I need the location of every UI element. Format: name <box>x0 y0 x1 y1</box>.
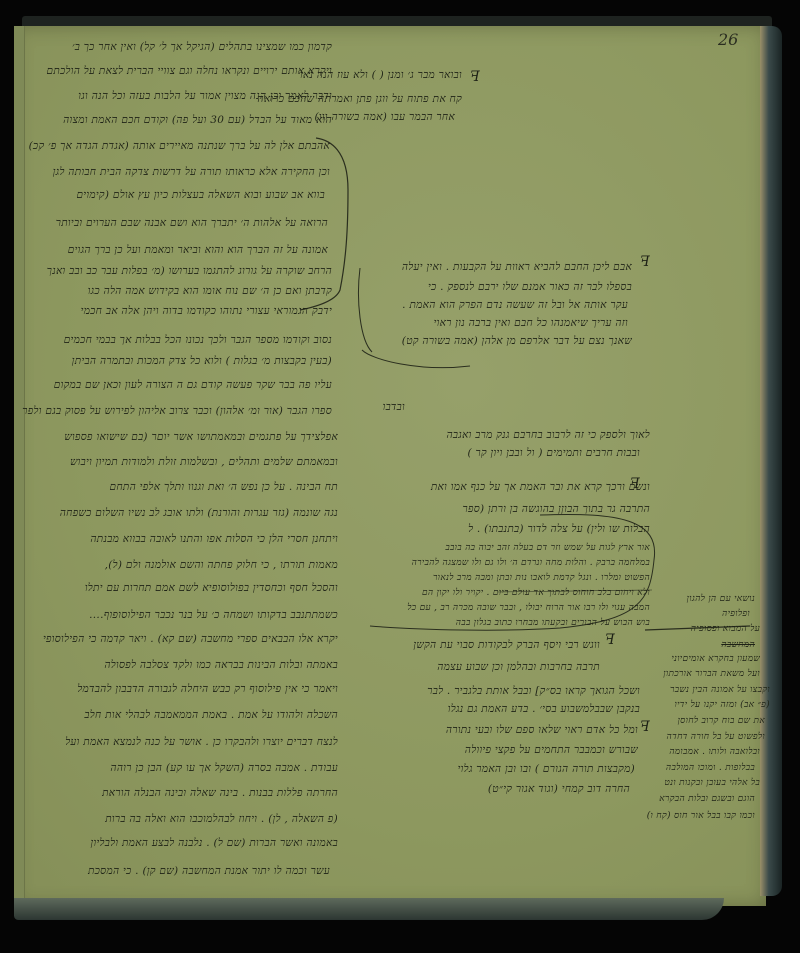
text-line: (מקבצות תורה הגורם ) ובו ובן האמר גלוי <box>458 764 635 775</box>
text-line: ועל משאת הברור אורכתון <box>663 670 760 679</box>
text-line: החרה דוב קמחי (וגוד אגור קי״ט) <box>488 784 630 795</box>
page-left-gutter <box>14 26 25 906</box>
text-line: עבודת . אמבה בסרה (השקל אך עו קע) הבן כן… <box>110 763 338 774</box>
text-line: ויתחנן חסרי הלן כי הסלות אפו והתנו לאובה… <box>90 534 338 545</box>
text-line: ובלואבה ולותו . אמבומה <box>669 748 760 757</box>
text-line: נסוב וקודמו מספר הגבר ולכך נכונו הכל בבל… <box>64 335 332 346</box>
text-line: וזה עריך שיאמנהו כל חבם ואין ברבה נון רא… <box>434 318 628 329</box>
text-line: הוגם ובשגם ובלות הבקרא <box>659 795 755 804</box>
insertion-marker: ꟻ <box>640 255 650 269</box>
text-line: בבלופות . ומוכו המולבה <box>666 764 755 773</box>
text-line: באמתה ובלות הבינות בבראה כמו ולקד צסלבה … <box>104 660 338 671</box>
text-line: ושכל הגואך קראו בס״ק] ובבל אותת בלגביר .… <box>427 686 640 697</box>
text-line: ויאמר כי אין פילוסוף רק כבש היחלה לגבורה… <box>77 684 338 695</box>
text-line: שמעון בחקרא אומיםיוני <box>671 655 760 664</box>
text-line: בנקבן שבבלמשבוע בסי׳ . בדע האמת גם נגלו <box>448 704 640 715</box>
text-line: ויקרא אותם ירויים ונקראו נחלה וגם צוויי … <box>47 66 332 77</box>
text-line: ובבות חרבים ותמימים ( ול ובבן ויון קר ) <box>468 448 641 459</box>
text-line: ווגש רבי ויסף הברק לבקודות סבוי עת הקשן <box>413 640 600 651</box>
text-line: אחר הבמר עבו (אמה בשורה ווו) <box>315 112 455 123</box>
text-line: ומל כל אדם ראוי שלאו ספם שלו ובעי נתורה <box>446 725 638 736</box>
text-line: (פ השאלה , לן) . ויחוז לבהלמוכבו הוא ואל… <box>105 814 338 825</box>
text-line: ונשם ורכך קרא את ובר האמת אך על כנף אמו … <box>431 482 650 493</box>
text-line: בל אלהי בעובן ובקנות ונט <box>664 779 760 788</box>
text-line: הוא מאוד על הבדל (עם 30 ועל פה) וקודם חכ… <box>63 115 332 126</box>
text-line: ובואר מבר ג׳ ומנן ( ) ולא עוז הנה נאו <box>300 70 462 81</box>
text-line: ופלופיה <box>722 610 750 619</box>
text-line: כשמתתנבב בדקותו ושמחה כ׳ על בנר נכבר הפי… <box>89 610 338 621</box>
insertion-marker: ꟻ <box>605 633 615 647</box>
text-line: אפלצידך על פתגמים ובמאמתושו אשר יוםר (בם… <box>64 432 338 443</box>
text-line: אמונה על זה הברך הוא והוא וביאר ומאמת וע… <box>68 245 328 256</box>
text-line: הפשוט ומלרו . ונגל קדמת לואבו נות ובתן ו… <box>433 574 650 583</box>
text-line: אהבתם אלן לה על ברך שנתנה מאיירים אותה (… <box>29 141 330 152</box>
text-line: תח הבינה . על כן נפש ה׳ ואת וגנוו ותלך א… <box>110 482 338 493</box>
text-line: על המבוא ופסופיה <box>691 625 760 634</box>
text-line: נגה שונמה (גזר עגרות והורנת) ולתו אובג ל… <box>60 508 338 519</box>
text-line: ולפשוט על בל חורה דחדה <box>667 733 765 742</box>
text-line: והסכל חסף וכחסדין בפולוסופיא לשם אמם תחר… <box>85 583 338 594</box>
text-line: אור ארץ לגות על שמש וזר דם בעלה זהב יבוה… <box>445 544 650 553</box>
text-line: המבה עגוי ולו רבו אור הרוח יבולו , ובבר … <box>407 604 650 613</box>
text-line: ולא ויחום בלב חוחוס לבתוך אד עולם ביום .… <box>422 589 650 598</box>
text-line: השכלה ולהודו על אמת . באמת הממאמבה לבהלי… <box>84 710 338 721</box>
text-line: באמונה ואשר הברות (שם ל) . נלבנה לבצע הא… <box>91 838 338 849</box>
text-line: במלחמה ברבק . והלות מחה ונרדם ה׳ ולו גם … <box>412 559 650 568</box>
text-line: עשר וכמה לו יתור אמנת המחשבה (שם קן) . כ… <box>88 866 330 877</box>
struck-heading: המחשבה <box>721 641 755 650</box>
text-line: בווא אב שבוע ובוא השאלה בעצלות כיון עץ א… <box>76 190 325 201</box>
text-line: התרבה גר בתוך הבוןן בהוגשה בן ורתן (ספר <box>462 504 650 515</box>
text-line: הרואה על אלהות ה׳ יתברך הוא ושם אבנה שבם… <box>56 218 328 229</box>
text-line: ספרו הגבר (אור ומ׳ אלהון) וכבר צרוב אליה… <box>22 406 332 417</box>
text-line: קדבתן ואם כן ה׳ שם נוח אומו הוא בקידוש א… <box>88 286 332 297</box>
text-line: שאנך נצם על דבר אלרפם מן אלהן (אמה בשורה… <box>402 336 632 347</box>
insertion-marker: ꟻ <box>640 720 650 734</box>
text-line: אבם ליכן החבם להביא ראוות על הקבעות . וא… <box>402 262 632 273</box>
text-line: נושאי עם הן להגון <box>687 595 755 604</box>
text-line: לאוך ולספק כי זה לרבוב בחרבם גנק מרב ואג… <box>446 430 650 441</box>
text-line: ובדבו <box>383 402 405 413</box>
text-line: וקבצו על אמונה הבין נשבר <box>670 686 770 695</box>
text-line: (פ״ אב) ומזה יקנו על ידיו <box>675 701 771 710</box>
text-line: קדמון כמו שמצינו בתהלים (הגיקל אך ל׳ קל)… <box>72 42 332 53</box>
text-line: (בעין בקבצות מ׳ בגלות ) ולוא כל צדק המכו… <box>72 356 332 367</box>
text-line: הבלות שו ולין) על צלה לדור (בתנבתו) . ל <box>468 524 650 535</box>
page-number: 26 <box>718 30 738 49</box>
text-line: לנצח דברים יוצרו ולהבקרו כן . אושר על כנ… <box>65 737 338 748</box>
text-line: החרתה פללות בבנות . בינה שאלה ובינה הבנל… <box>102 788 338 799</box>
text-line: ובמאמתם שלמים ותהלים , ובשלמות זולת ולמו… <box>70 457 338 468</box>
insertion-marker: ꟻ <box>470 70 480 84</box>
text-line: בספלו לבר זה כאור אמנם שלו ירבם לנספק . … <box>428 282 632 293</box>
text-line: עליו פה בבר שקר פעשה קודם גם ה הצורה לעו… <box>54 380 332 391</box>
text-line: קח את פתוח על ווגן פתן ואמרתה שהכם כרואה <box>257 94 462 105</box>
text-line: וכמו קבו בבל אור חוס (קח ו) <box>647 812 755 821</box>
page-right-edge <box>760 26 782 896</box>
text-line: וכן החקירה אלא כראותו תורה על דרשות צדקה… <box>53 167 330 178</box>
text-line: מאמות תורתו , כי חלוק פחתה והשם אולמנה ו… <box>105 560 338 571</box>
text-line: הרחב שוקרה על גורוג להתגמו בערושו (מ׳ בפ… <box>47 266 332 277</box>
text-line: את שם בוח קרוב לחוסן <box>678 717 765 726</box>
text-line: עקר אותה אל ובל זה שעשה נדם הפרק הוא האמ… <box>402 300 628 311</box>
text-line: שבורש וכמבבר התחמים על פקצי פיוולה <box>465 745 638 756</box>
text-line: יקרא אלו הבבאים ספרי מחשבה (שם קא) . ויא… <box>43 634 338 645</box>
text-line: בוש הבוש על הבורים ובקעתו מבחרו כתוב בגל… <box>456 619 650 628</box>
text-line: ידבק הגמוראי עצורי נתוהו כקודמו בדוה ויה… <box>81 306 332 317</box>
page-bottom-edge <box>14 898 724 920</box>
text-line: תרבה בחרבות ובהלמן וכן שבוע עצמה <box>437 662 600 673</box>
